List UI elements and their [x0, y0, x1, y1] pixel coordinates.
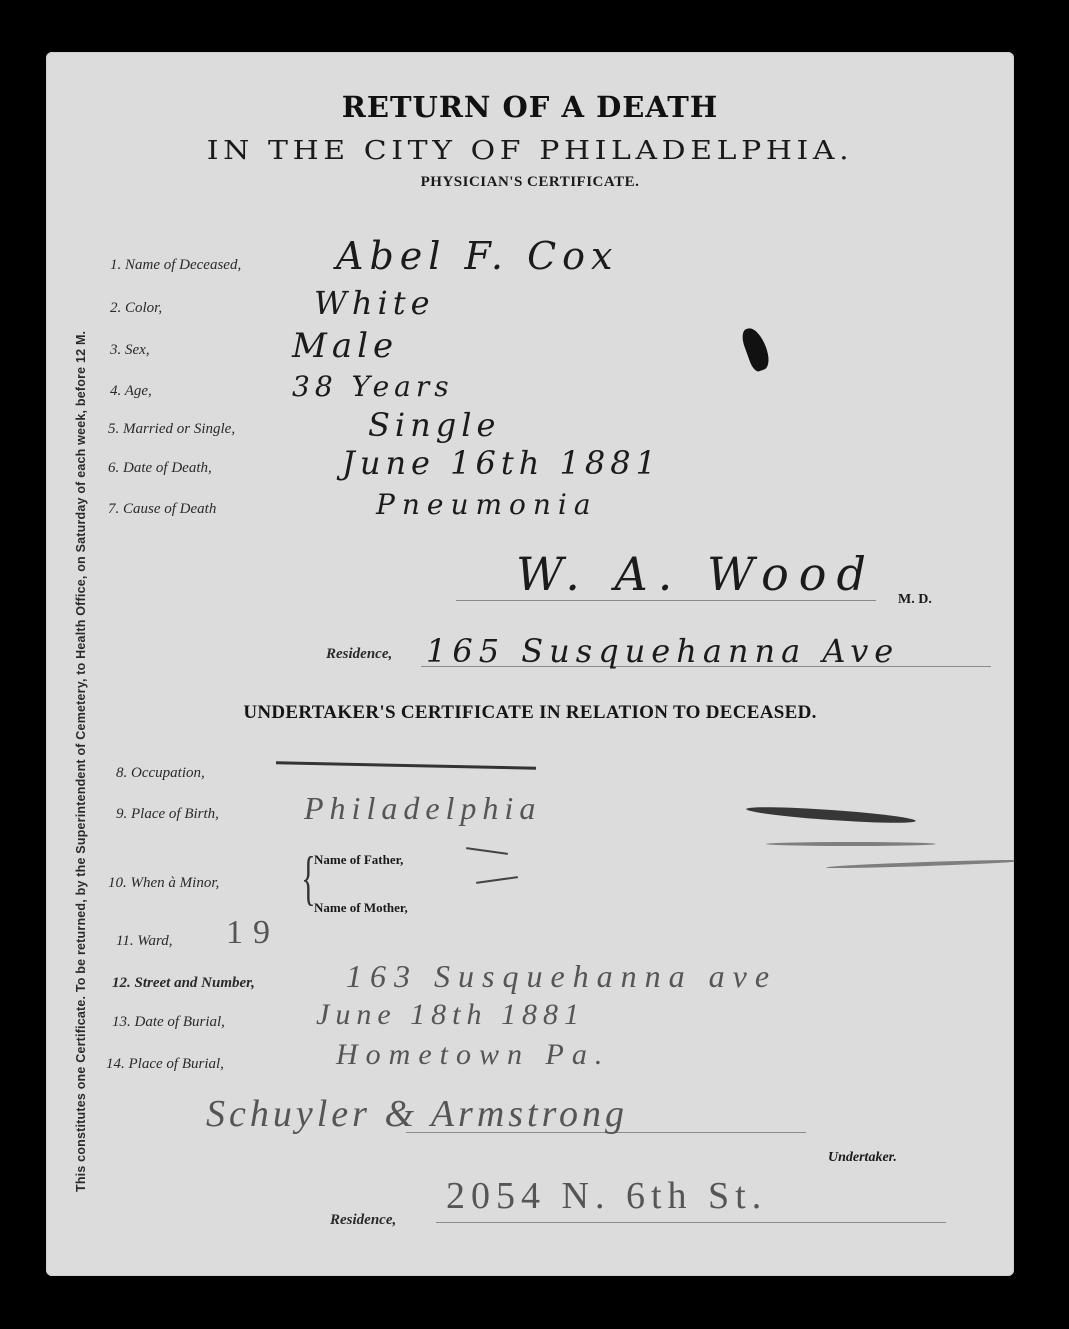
field-label-sex: 3. Sex,	[110, 342, 150, 359]
field-value-age: 38 Years	[292, 370, 454, 403]
field-label-minor: 10. When à Minor,	[108, 875, 219, 892]
document-title: RETURN OF A DEATH	[46, 90, 1014, 124]
field-value-ward: 19	[226, 914, 280, 952]
md-suffix: M. D.	[898, 592, 932, 608]
field-value-cause-of-death: Pneumonia	[376, 488, 598, 521]
occupation-dash	[276, 761, 536, 769]
father-label: Name of Father,	[314, 852, 403, 868]
field-label-date-of-death: 6. Date of Death,	[108, 460, 212, 477]
field-value-name: Abel F. Cox	[336, 234, 618, 278]
undertaker-residence-line	[436, 1222, 946, 1223]
field-label-name: 1. Name of Deceased,	[110, 257, 241, 274]
physician-residence-value: 165 Susquehanna Ave	[426, 632, 899, 670]
ink-blot	[739, 325, 773, 373]
father-dash	[466, 847, 508, 855]
ink-smear	[746, 804, 916, 826]
field-label-color: 2. Color,	[110, 300, 162, 317]
field-label-age: 4. Age,	[110, 383, 152, 400]
undertaker-residence-label: Residence,	[330, 1212, 396, 1229]
field-label-ward: 11. Ward,	[116, 933, 173, 950]
field-label-date-of-burial: 13. Date of Burial,	[112, 1014, 225, 1031]
ink-smear	[766, 842, 936, 846]
undertaker-residence-value: 2054 N. 6th St.	[446, 1174, 767, 1218]
undertaker-suffix: Undertaker.	[828, 1150, 897, 1166]
field-value-street-number: 163 Susquehanna ave	[346, 958, 777, 995]
field-value-marital-status: Single	[368, 406, 500, 444]
field-value-sex: Male	[292, 326, 398, 366]
field-value-place-of-burial: Hometown Pa.	[336, 1038, 610, 1072]
field-value-date-of-burial: June 18th 1881	[316, 998, 585, 1032]
mother-label: Name of Mother,	[314, 900, 408, 916]
ink-smear	[826, 859, 1014, 870]
physician-signature: W. A. Wood	[516, 547, 876, 601]
undertaker-signature: Schuyler & Armstrong	[206, 1092, 628, 1136]
field-label-occupation: 8. Occupation,	[116, 765, 205, 782]
field-value-date-of-death: June 16th 1881	[342, 444, 661, 482]
field-label-place-of-birth: 9. Place of Birth,	[116, 806, 219, 823]
field-label-place-of-burial: 14. Place of Burial,	[106, 1056, 224, 1073]
document-subtitle: IN THE CITY OF PHILADELPHIA.	[46, 136, 1014, 166]
field-value-color: White	[314, 284, 435, 322]
mother-dash	[476, 876, 518, 884]
field-label-street-number: 12. Street and Number,	[112, 975, 255, 992]
field-label-marital-status: 5. Married or Single,	[108, 421, 235, 438]
field-label-cause-of-death: 7. Cause of Death	[108, 501, 216, 518]
physician-certificate-heading: PHYSICIAN'S CERTIFICATE.	[46, 174, 1014, 191]
undertaker-certificate-heading: UNDERTAKER'S CERTIFICATE IN RELATION TO …	[46, 702, 1014, 724]
field-value-place-of-birth: Philadelphia	[304, 790, 541, 827]
death-certificate-page: This constitutes one Certificate. To be …	[46, 52, 1014, 1276]
margin-instructions: This constitutes one Certificate. To be …	[74, 331, 88, 1192]
physician-residence-label: Residence,	[326, 646, 392, 663]
